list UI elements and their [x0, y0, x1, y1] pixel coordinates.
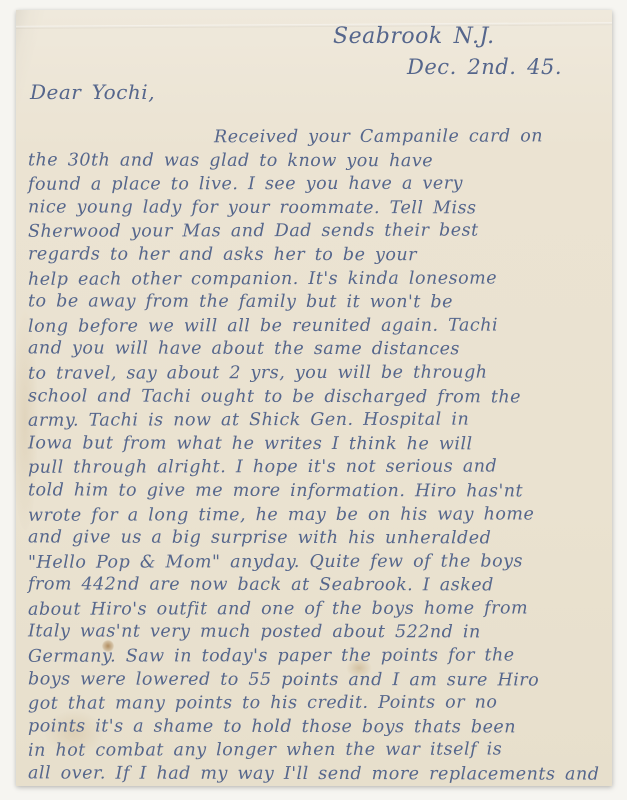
- letter-line: nice young lady for your roommate. Tell …: [28, 196, 604, 221]
- letter-line: Received your Campanile card on: [28, 125, 604, 150]
- letter-line: and you will have about the same distanc…: [28, 338, 604, 363]
- letter-line: got that many points to his credit. Poin…: [28, 691, 604, 716]
- letter-line: Germany. Saw in today's paper the points…: [28, 644, 604, 669]
- letter-line: Sherwood your Mas and Dad sends their be…: [28, 220, 604, 245]
- letter-line: Italy was'nt very much posted about 522n…: [28, 621, 604, 646]
- letter-photo: Seabrook N.J. Dec. 2nd. 45. Dear Yochi, …: [0, 0, 627, 800]
- letter-paper: Seabrook N.J. Dec. 2nd. 45. Dear Yochi, …: [16, 10, 612, 786]
- letter-line: points it's a shame to hold those boys t…: [28, 715, 604, 740]
- letter-place: Seabrook N.J.: [333, 24, 548, 49]
- letter-line: in hot combat any longer when the war it…: [28, 739, 604, 764]
- letter-salutation: Dear Yochi,: [30, 80, 155, 104]
- letter-line: pull through alright. I hope it's not se…: [28, 456, 604, 481]
- letter-line: from 442nd are now back at Seabrook. I a…: [28, 574, 604, 599]
- letter-line: wrote for a long time, he may be on his …: [28, 503, 604, 528]
- letter-line: long before we will all be reunited agai…: [28, 314, 604, 339]
- letter-line: about Hiro's outfit and one of the boys …: [28, 597, 604, 622]
- letter-line: help each other companion. It's kinda lo…: [28, 267, 604, 292]
- letter-line: and give us a big surprise with his unhe…: [28, 526, 604, 551]
- letter-line: boys were lowered to 55 points and I am …: [28, 668, 604, 693]
- letter-line: the 30th and was glad to know you have: [28, 149, 604, 174]
- letter-body: Received your Campanile card on the 30th…: [28, 126, 604, 787]
- letter-line: Iowa but from what he writes I think he …: [28, 432, 604, 457]
- letter-line: told him to give me more information. Hi…: [28, 479, 604, 504]
- letter-line: regards to her and asks her to be your: [28, 243, 604, 268]
- letter-line: to be away from the family but it won't …: [28, 291, 604, 316]
- letter-line: all over. If I had my way I'll send more…: [28, 762, 604, 787]
- letter-heading: Seabrook N.J. Dec. 2nd. 45.: [333, 24, 576, 79]
- letter-line: to travel, say about 2 yrs, you will be …: [28, 361, 604, 386]
- letter-date: Dec. 2nd. 45.: [407, 55, 562, 79]
- letter-line: found a place to live. I see you have a …: [28, 172, 604, 197]
- letter-line: "Hello Pop & Mom" anyday. Quite few of t…: [28, 550, 604, 575]
- letter-line: army. Tachi is now at Shick Gen. Hospita…: [28, 408, 604, 433]
- letter-line: school and Tachi ought to be discharged …: [28, 385, 604, 410]
